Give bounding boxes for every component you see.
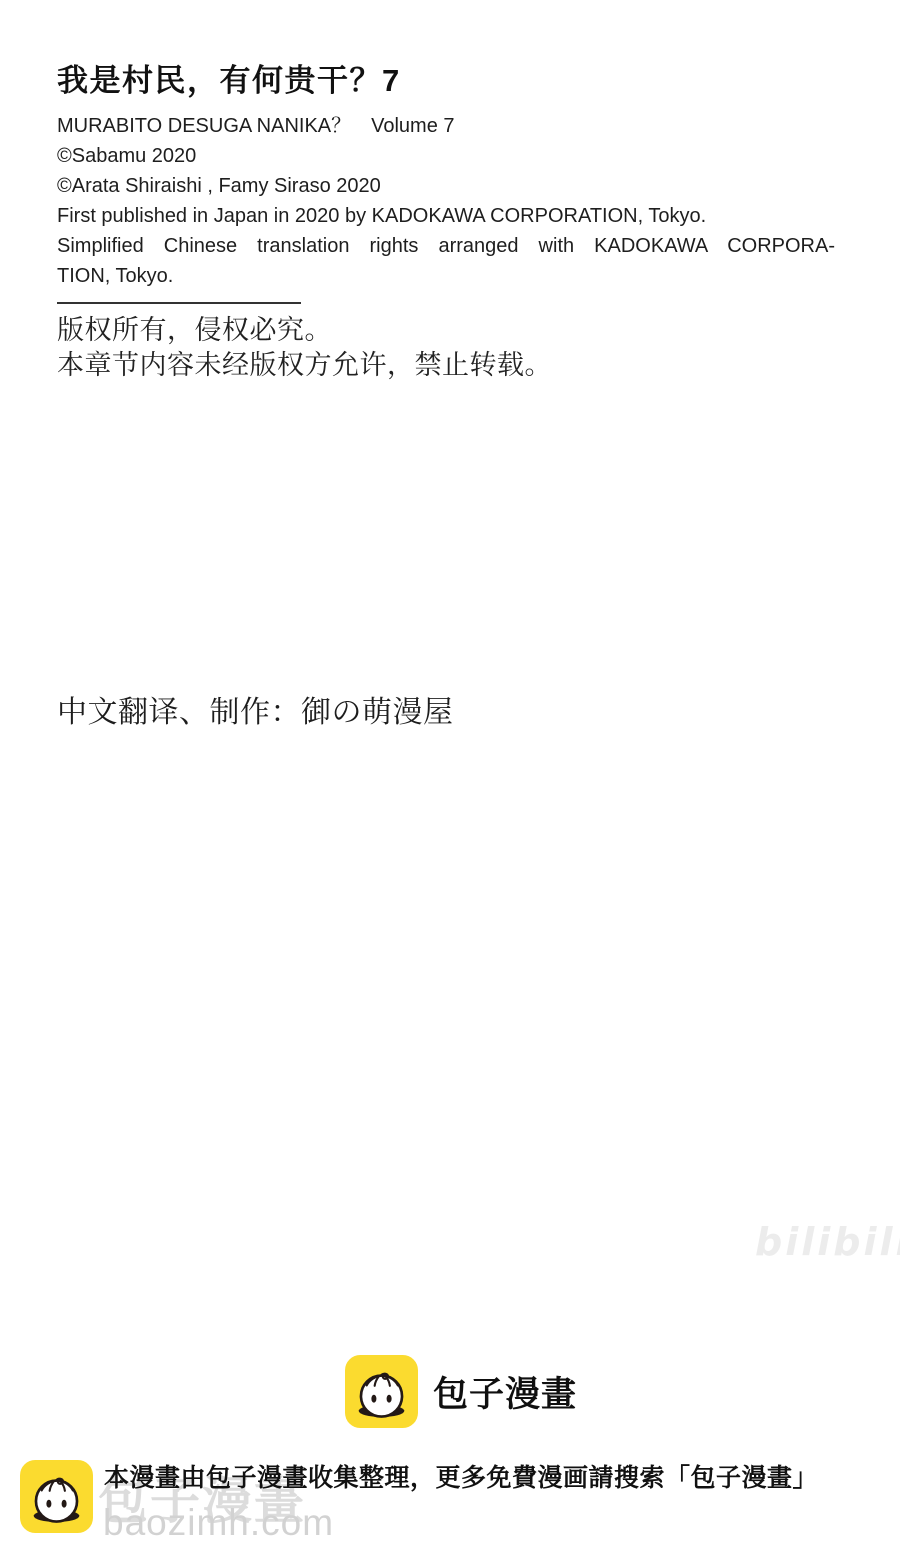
baozi-bun-icon [345,1355,418,1428]
rights-notice: 版权所有，侵权必究。 本章节内容未经版权方允许，禁止转载。 [57,313,552,383]
footer-notice: 本漫畫由包子漫畫收集整理，更多免費漫画請搜索「包子漫畫」 [104,1458,818,1494]
copyright-page: 我是村民，有何贵干？7 MURABITO DESUGA NANIKA？ Volu… [0,0,900,1566]
copyright-block: MURABITO DESUGA NANIKA？ Volume 7 ©Sabamu… [57,111,835,291]
copyright-line: Simplified Chinese translation rights ar… [57,231,835,261]
footer-baozi-icon-wrap [20,1460,93,1533]
baozi-brand-lockup: 包子漫畫 [345,1355,577,1428]
translation-credit: 中文翻译、制作：御の萌漫屋 [57,687,454,731]
bilibili-logo-text: bilibili [755,1220,900,1264]
baozi-bun-icon [20,1460,93,1533]
copyright-line: ©Sabamu 2020 [57,141,835,171]
copyright-line: ©Arata Shiraishi , Famy Siraso 2020 [57,171,835,201]
divider-line [57,302,301,304]
copyright-line: TION, Tokyo. [57,261,835,291]
copyright-line: MURABITO DESUGA NANIKA？ Volume 7 [57,111,835,141]
rights-notice-line: 本章节内容未经版权方允许，禁止转载。 [57,348,552,383]
baozi-brand-name: 包子漫畫 [433,1367,577,1417]
copyright-line: First published in Japan in 2020 by KADO… [57,201,835,231]
page-title: 我是村民，有何贵干？7 [57,55,401,100]
rights-notice-line: 版权所有，侵权必究。 [57,313,552,348]
footer-site-url: baozimh.com [103,1502,334,1544]
bilibili-watermark: bilibili 漫 画 [755,1220,900,1264]
